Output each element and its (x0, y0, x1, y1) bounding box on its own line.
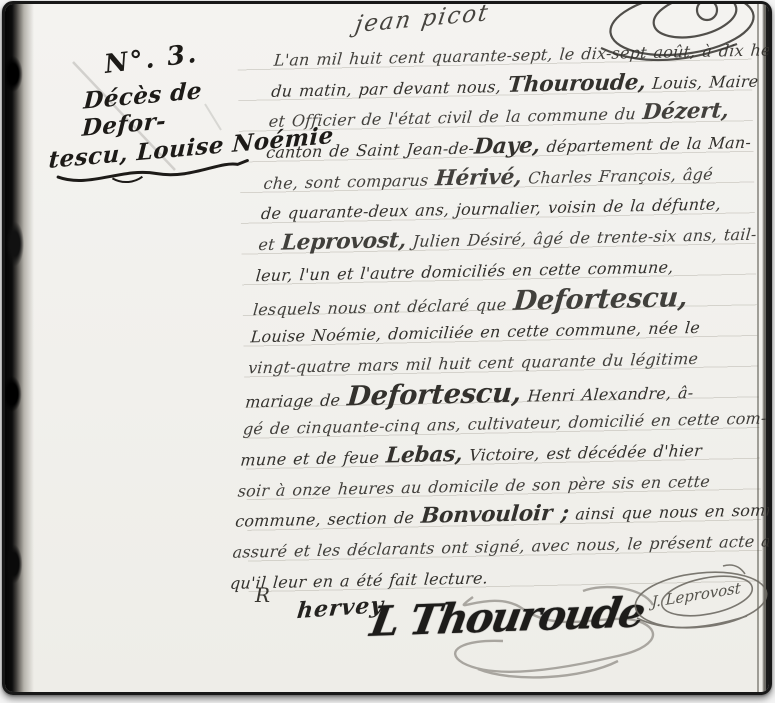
book-binding-edge (5, 4, 35, 692)
body-line-segment: gé de cinquante-cinq ans, cultivateur, d… (242, 409, 767, 439)
body-line-segment: Lebas, (385, 442, 464, 469)
body-line-segment: Leprovost, (281, 228, 407, 256)
body-line-segment: Louise Noémie, domiciliée en cette commu… (250, 318, 701, 346)
body-line-segment: du matin, par devant nous, (271, 77, 509, 101)
body-line-segment: Louis, Maire (645, 71, 759, 92)
body-line-segment: Julien Désiré, âgé de trente-six ans, ta… (405, 225, 757, 251)
body-line-segment: département de la Man- (539, 133, 752, 156)
body-line-segment: Thouroude, (507, 70, 647, 98)
body-line-segment: canton de Saint Jean-de- (265, 139, 475, 162)
body-line-segment: et Officier de l'état civil de la commun… (268, 104, 643, 131)
witness-signature-right: J. Leprovost (627, 560, 772, 640)
body-line-segment: Defortescu, (346, 376, 522, 412)
body-line-segment: lesquels nous ont déclaré que (252, 294, 514, 318)
body-line-segment: Defortescu, (512, 281, 688, 317)
signature-mark: R (255, 583, 270, 607)
scan-frame: N°. 3. Décès de Defor- tescu, Louise Noé… (2, 1, 772, 695)
body-line-segment: commune, section de (234, 508, 421, 531)
body-line-segment: L'an mil huit cent quarante-sept, le dix… (273, 40, 772, 70)
body-line-segment: Dézert, (642, 99, 730, 126)
body-line-segment: Hérivé, (434, 164, 522, 191)
body-line-segment: Victoire, est décédée d'hier (462, 441, 703, 465)
body-line-segment: soir à onze heures au domicile de son pè… (237, 471, 711, 500)
body-line-segment: che, sont comparus (263, 170, 436, 193)
body-line-segment: assuré et les déclarants ont signé, avec… (232, 531, 772, 562)
margin-annotation: N°. 3. Décès de Defor- tescu, Louise Noé… (37, 35, 258, 194)
body-line-segment: Henri Alexandre, â- (520, 383, 694, 406)
body-line-segment: et (258, 235, 283, 255)
body-line-segment: de quarante-deux ans, journalier, voisin… (260, 195, 721, 224)
body-line-segment: leur, l'un et l'autre domiciliés en cett… (255, 257, 674, 285)
body-line-segment: vingt-quatre mars mil huit cent quarante… (247, 349, 699, 377)
body-line-segment: mune et de feue (240, 447, 387, 469)
scanned-register-page: N°. 3. Décès de Defor- tescu, Louise Noé… (0, 0, 775, 703)
body-line-segment: mariage de (245, 390, 348, 411)
act-body-text: L'an mil huit cent quarante-sept, le dix… (229, 34, 772, 598)
body-line-segment: Bonvouloir ; (420, 501, 570, 529)
top-scrawl-annotation: jean picot (353, 1, 491, 38)
body-line-segment: Charles François, âgé (521, 164, 714, 187)
mayor-signature-text: L Thouroude (367, 588, 647, 646)
body-line-segment: Daye, (473, 133, 541, 159)
act-number: N°. 3. (103, 33, 250, 80)
